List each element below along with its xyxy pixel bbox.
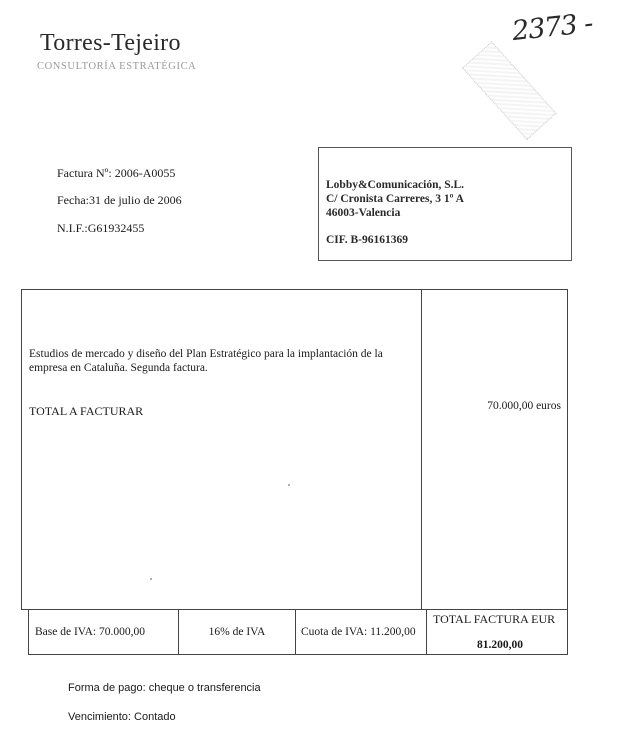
client-cif: CIF. B-96161369 xyxy=(326,234,408,246)
column-divider xyxy=(421,290,422,609)
client-address: Lobby&Comunicación, S.L. C/ Cronista Car… xyxy=(326,178,464,220)
client-name: Lobby&Comunicación, S.L. xyxy=(326,178,464,192)
invoice-nif: N.I.F.:G61932455 xyxy=(57,221,144,236)
tax-base: Base de IVA: 70.000,00 xyxy=(28,609,178,655)
faded-stamp xyxy=(462,41,557,140)
speck xyxy=(288,484,290,486)
invoice-total-label: TOTAL FACTURA EUR xyxy=(433,612,555,627)
tax-quota: Cuota de IVA: 11.200,00 xyxy=(295,609,426,655)
invoice-total-cell: TOTAL FACTURA EUR 81.200,00 xyxy=(426,609,568,655)
speck xyxy=(150,578,152,580)
invoice-date: Fecha:31 de julio de 2006 xyxy=(57,193,182,208)
tax-rate: 16% de IVA xyxy=(178,609,295,655)
total-to-invoice-amount: 70.000,00 euros xyxy=(487,400,561,412)
client-address-box: Lobby&Comunicación, S.L. C/ Cronista Car… xyxy=(318,147,572,261)
client-city: 46003-Valencia xyxy=(326,206,464,220)
invoice-number: Factura Nº: 2006-A0055 xyxy=(57,166,175,181)
payment-due: Vencimiento: Contado xyxy=(68,711,176,723)
handwritten-number: 2373 - xyxy=(511,8,594,47)
invoice-total-value: 81.200,00 xyxy=(477,639,523,651)
invoice-body-box: Estudios de mercado y diseño del Plan Es… xyxy=(21,289,568,610)
payment-method: Forma de pago: cheque o transferencia xyxy=(68,682,261,694)
total-to-invoice-label: TOTAL A FACTURAR xyxy=(29,404,143,419)
tax-summary-row: Base de IVA: 70.000,00 16% de IVA Cuota … xyxy=(28,609,568,655)
client-street: C/ Cronista Carreres, 3 1º A xyxy=(326,192,464,206)
service-description: Estudios de mercado y diseño del Plan Es… xyxy=(29,347,424,375)
company-name: Torres-Tejeiro xyxy=(40,30,181,57)
company-tagline: CONSULTORÍA ESTRATÉGICA xyxy=(37,61,196,72)
